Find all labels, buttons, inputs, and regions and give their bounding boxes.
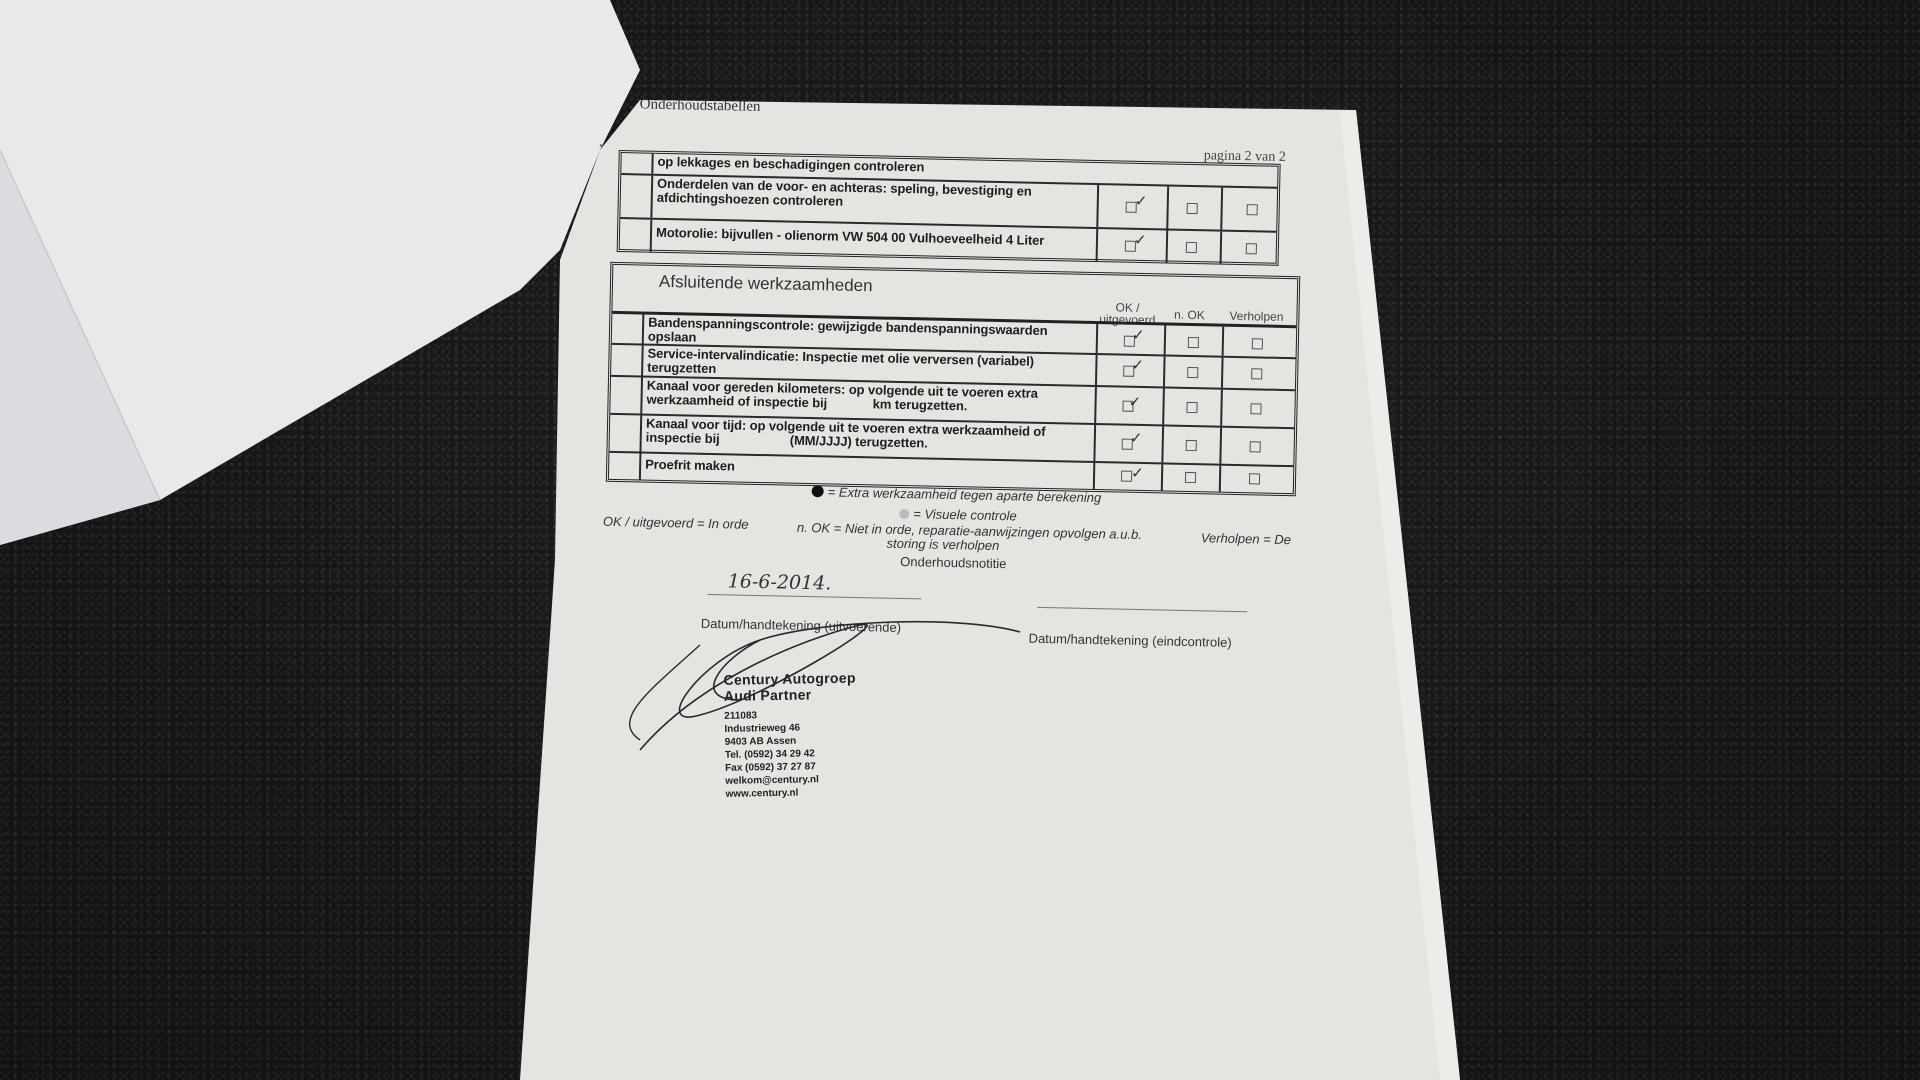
signature-scribble (0, 0, 1920, 1080)
